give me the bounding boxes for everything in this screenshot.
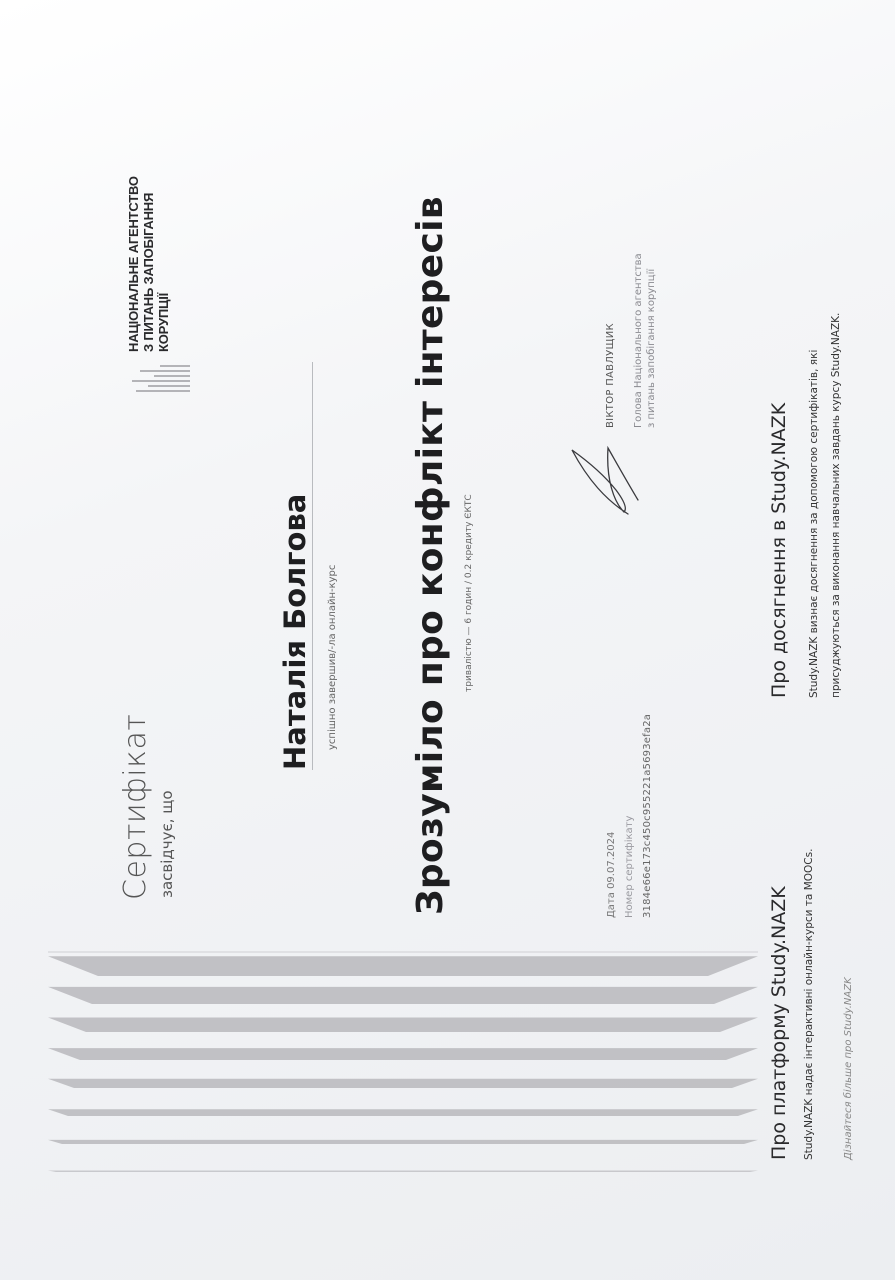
achievements-heading: Про досягнення в Study.NAZK [768, 403, 790, 698]
issue-date: Дата 09.07.2024 [603, 714, 621, 918]
signer-role: Голова Національного агентства з питань … [632, 253, 658, 428]
certificate-subheading: засвідчує, що [158, 790, 176, 898]
achievements-line: присуджуються за виконання навчальних за… [825, 313, 847, 698]
decorative-stripe [48, 1079, 758, 1088]
achievements-description: Study.NAZK визнає досягнення за допомого… [803, 313, 847, 698]
decorative-stripe [48, 1048, 758, 1060]
achievements-line: Study.NAZK визнає досягнення за допомого… [803, 313, 825, 698]
signer-role-line: Голова Національного агентства [632, 253, 645, 428]
certificate-heading: Сертифікат [118, 714, 153, 900]
learn-more-link[interactable]: Дізнайтеся більше про Study.NAZK [843, 977, 854, 1160]
decorative-stripe [48, 1171, 758, 1173]
decorative-stripe [48, 1140, 758, 1144]
decorative-stripe [48, 987, 758, 1004]
signer-name: ВІКТОР ПАВЛУЩИК [605, 323, 616, 428]
certificate-number-label: Номер сертифікату [621, 714, 639, 918]
certificate-meta: Дата 09.07.2024 Номер сертифікату 3184e6… [603, 714, 657, 918]
platform-description: Study.NAZK надає інтерактивні онлайн-кур… [803, 849, 815, 1160]
certificate-serial: 3184e66e173c450c955221a5693efa2a [639, 714, 657, 918]
signature-icon [566, 440, 646, 520]
agency-name: НАЦІОНАЛЬНЕ АГЕНТСТВО З ПИТАНЬ ЗАПОБІГАН… [126, 176, 171, 352]
course-duration: тривалістю — 6 годин / 0.2 кредиту ЄКТС [464, 494, 474, 692]
decorative-stripe [48, 956, 758, 976]
name-underline [312, 362, 313, 770]
platform-heading: Про платформу Study.NAZK [768, 886, 790, 1160]
agency-name-line: НАЦІОНАЛЬНЕ АГЕНТСТВО [126, 176, 141, 352]
agency-name-line: КОРУПЦІЇ [156, 176, 171, 352]
agency-name-line: З ПИТАНЬ ЗАПОБІГАННЯ [141, 176, 156, 352]
nazk-logo-icon [128, 362, 198, 394]
recipient-name: Наталія Болгова [278, 494, 312, 770]
course-title: Зрозуміло про конфлікт інтересів [410, 196, 451, 915]
certificate-sheet: Сертифікат засвідчує, що Наталія Болгова… [0, 0, 895, 1280]
completed-text: успішно завершив/-ла онлайн-курс [327, 565, 338, 750]
decorative-stripes [48, 950, 758, 1180]
signer-role-line: з питань запобігання корупції [645, 253, 658, 428]
decorative-stripe [48, 1109, 758, 1116]
decorative-stripe [48, 1018, 758, 1033]
